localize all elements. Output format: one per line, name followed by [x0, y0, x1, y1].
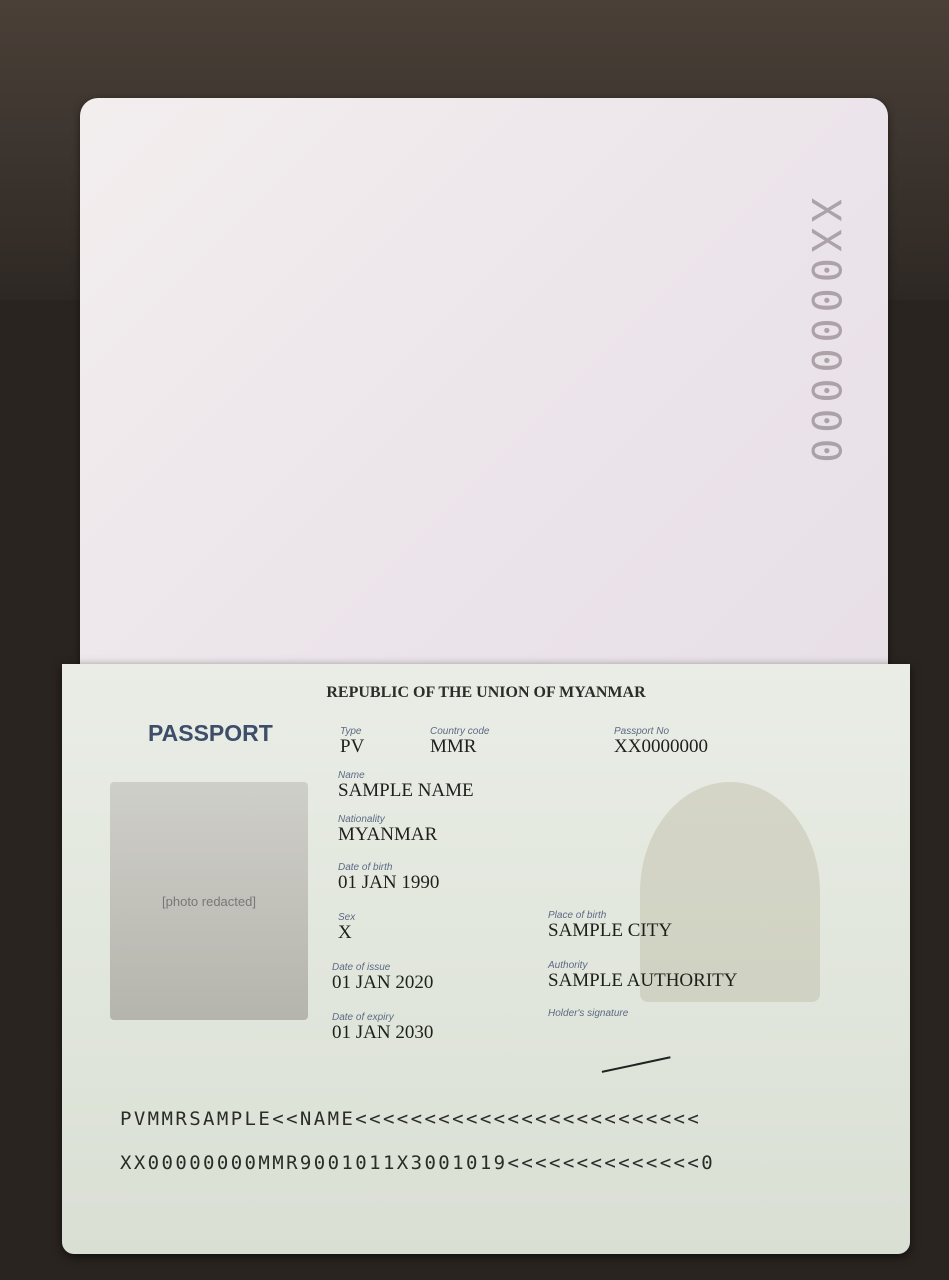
field-place-of-birth: Place of birth SAMPLE CITY: [548, 910, 672, 942]
document-type: PASSPORT: [148, 720, 273, 747]
field-name: Name SAMPLE NAME: [338, 770, 474, 802]
signature-mark: [593, 1017, 670, 1073]
field-sex: Sex X: [338, 912, 355, 944]
field-country-code: Country code MMR: [430, 726, 489, 758]
field-date-of-issue: Date of issue 01 JAN 2020: [332, 962, 433, 994]
field-authority: Authority SAMPLE AUTHORITY: [548, 960, 737, 992]
serial-perforation: XX0000000: [802, 198, 848, 469]
passport-data-page: REPUBLIC OF THE UNION OF MYANMAR PASSPOR…: [62, 664, 910, 1254]
holder-photo-placeholder: [photo redacted]: [110, 782, 308, 1020]
passport-upper-page: XX0000000: [80, 98, 888, 668]
field-date-of-birth: Date of birth 01 JAN 1990: [338, 862, 439, 894]
field-date-of-expiry: Date of expiry 01 JAN 2030: [332, 1012, 433, 1044]
field-type: Type PV: [340, 726, 364, 758]
field-passport-no: Passport No XX0000000: [614, 726, 708, 758]
issuing-state: REPUBLIC OF THE UNION OF MYANMAR: [62, 684, 910, 702]
field-holders-signature: Holder's signature: [548, 1008, 628, 1019]
mrz-line-1: PVMMRSAMPLE<<NAME<<<<<<<<<<<<<<<<<<<<<<<…: [120, 1108, 701, 1130]
field-nationality: Nationality MYANMAR: [338, 814, 437, 846]
mrz-line-2: XX00000000MMR9001011X3001019<<<<<<<<<<<<…: [120, 1152, 715, 1174]
